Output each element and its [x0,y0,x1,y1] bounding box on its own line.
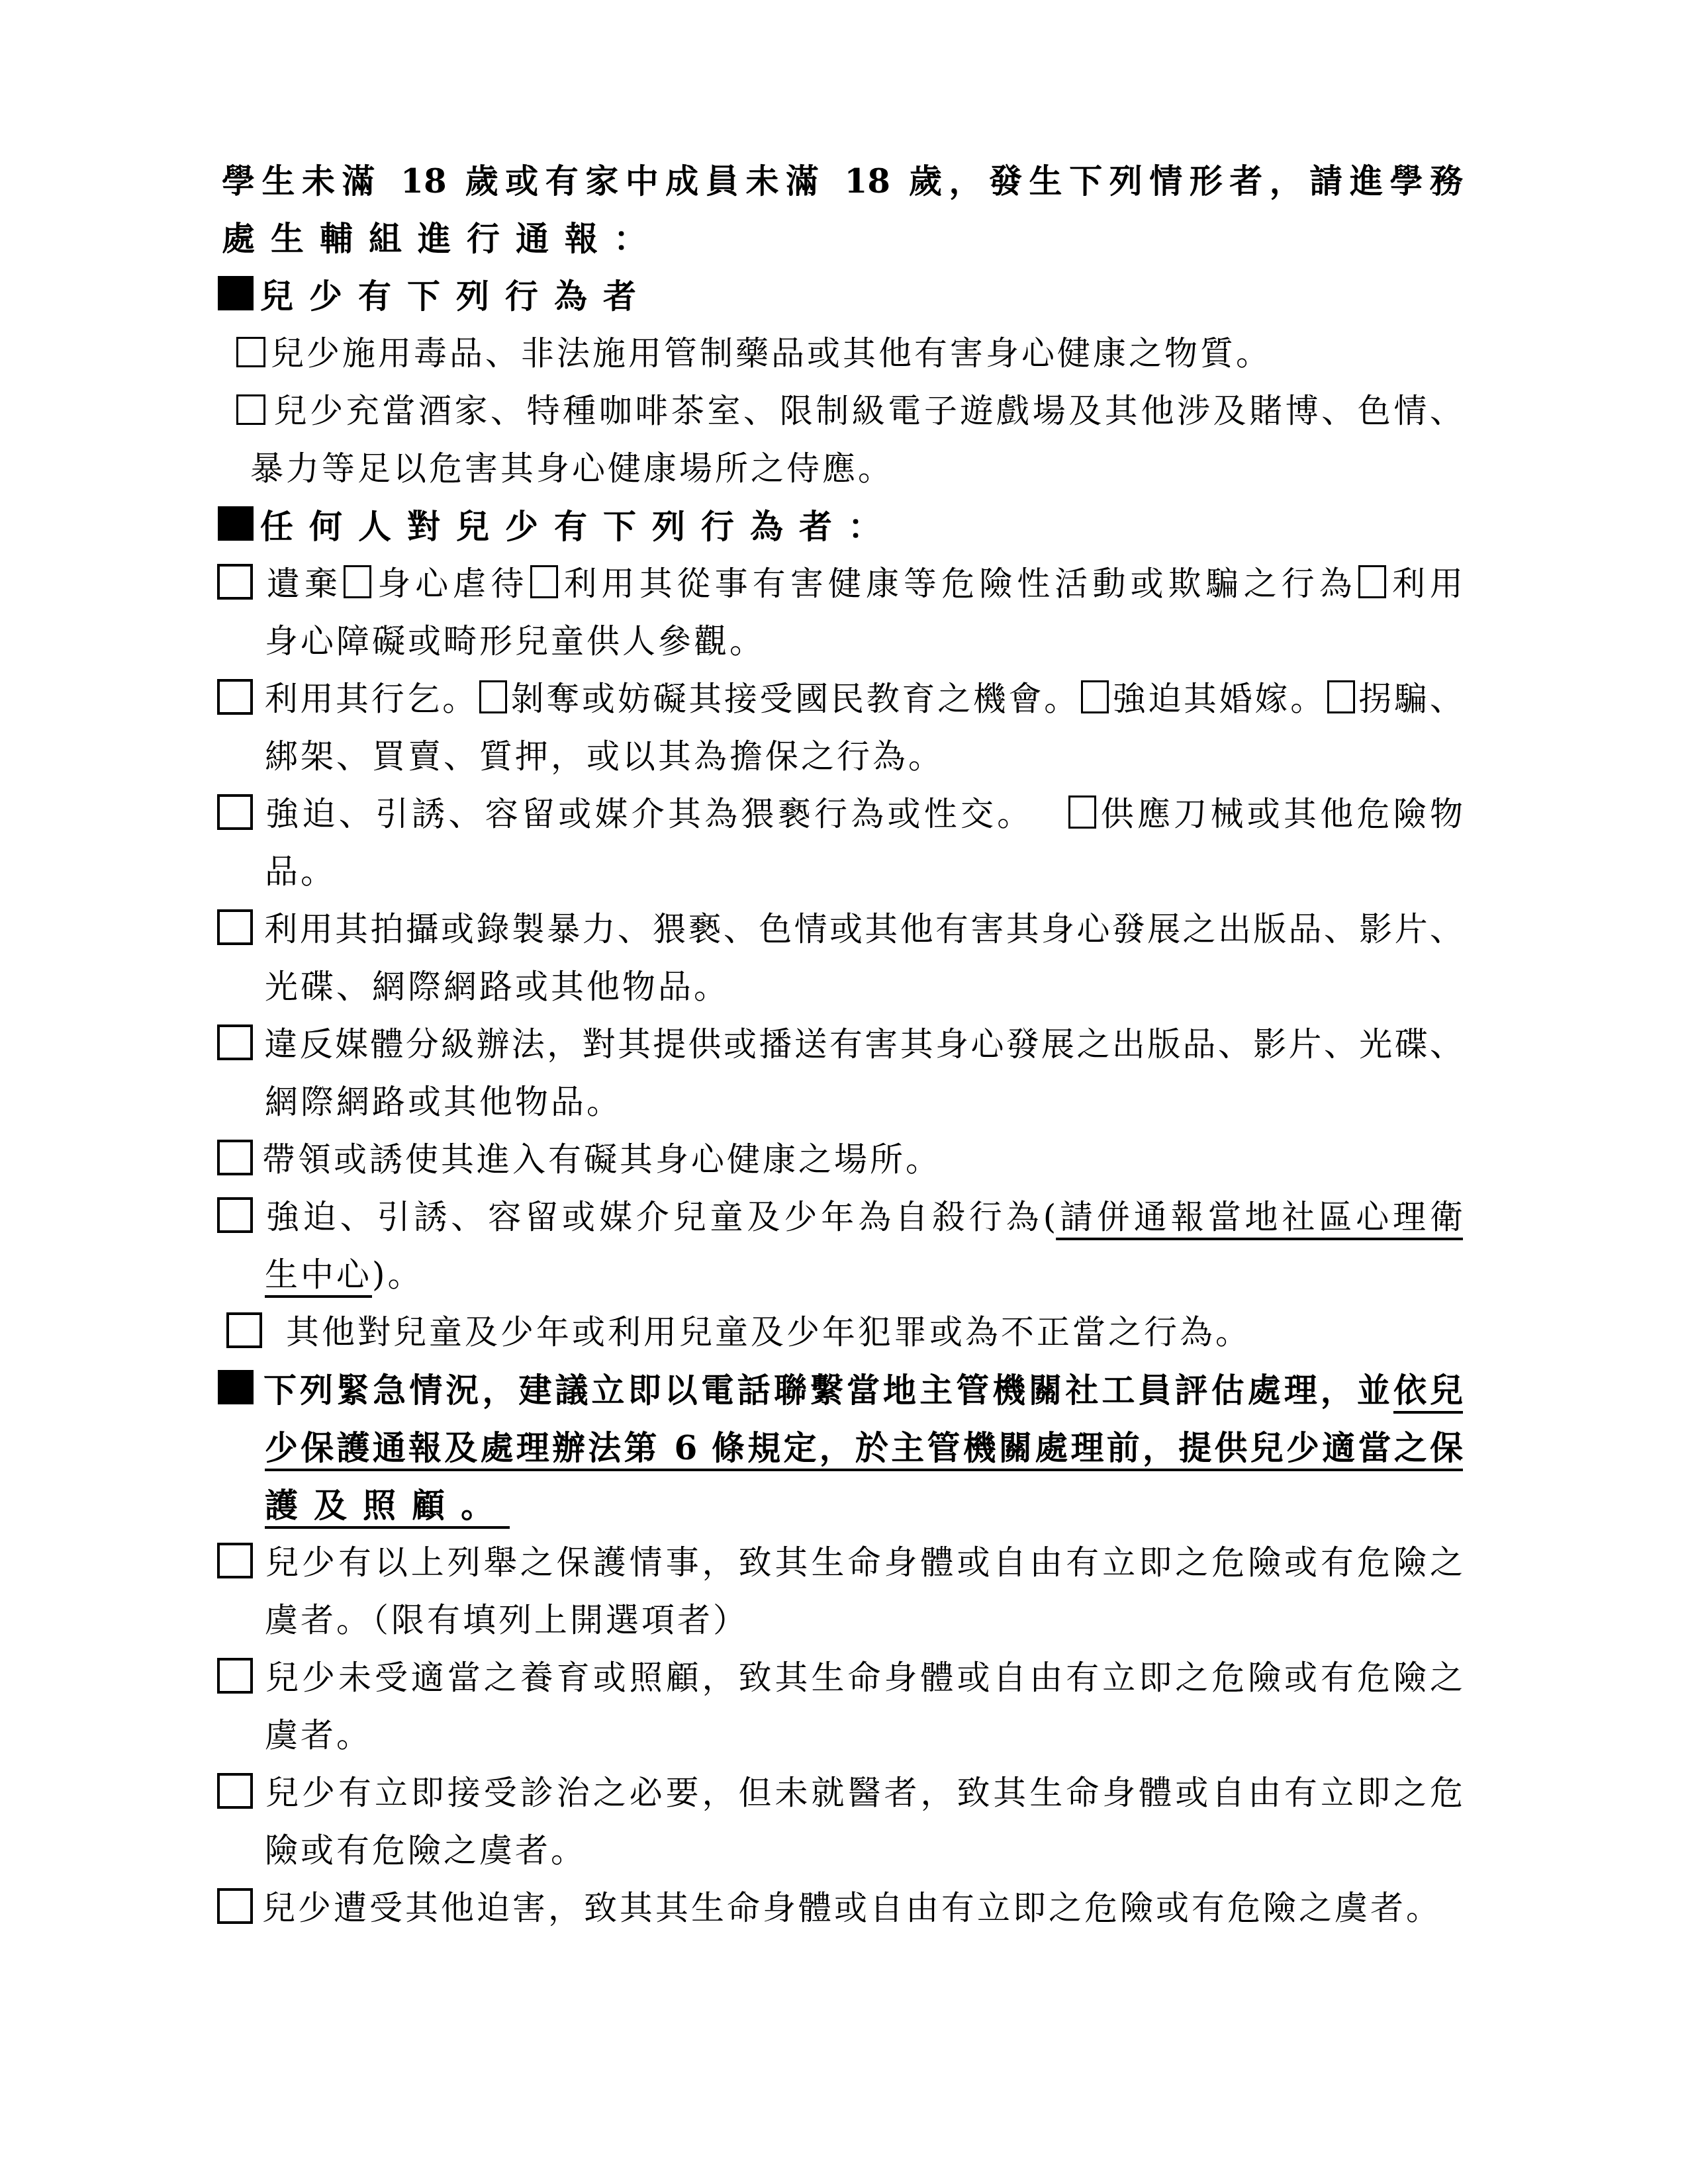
text-segment: 遺棄 [262,565,342,603]
checkbox[interactable] [217,1888,253,1924]
document-page: { "colors": { "text": "#000000", "backgr… [0,0,1688,2184]
item-continuation-line: 身心障礙或畸形兒童供人參觀。 [265,613,1463,670]
intro-line: 處生輔組進行通報： [222,210,1463,267]
text-segment: 兒少有立即接受診治之必要，但未就醫者，致其生命身體或自由有立即之危 [262,1774,1463,1812]
text-segment: 任何人對兒少有下列行為者： [260,507,897,546]
checklist-item-line: 強迫、引誘、容留或媒介其為猥褻行為或性交。供應刀械或其他危險物 [217,786,1463,843]
inline-checkbox[interactable] [1068,796,1096,829]
checkbox[interactable] [217,1024,253,1060]
item-continuation-line: 綁架、買賣、質押，或以其為擔保之行為。 [265,728,1463,786]
text-segment: 網際網路或其他物品。 [265,1083,622,1121]
document-content: 學生未滿 18 歲或有家中成員未滿 18 歲，發生下列情形者，請進學務處生輔組進… [0,152,1463,1937]
checklist-item-line: 兒少遭受其他迫害，致其其生命身體或自由有立即之危險或有危險之虞者。 [217,1880,1463,1937]
text-segment: 虞者。（限有填列上開選項者） [265,1601,749,1639]
section-header-continuation: 護及照顧。 [265,1477,1463,1534]
checkbox[interactable] [217,909,253,945]
checklist-item-line: 帶領或誘使其進入有礙其身心健康之場所。 [217,1131,1463,1189]
section-marker-square-icon [218,276,254,310]
section-header: 下列緊急情況，建議立即以電話聯繫當地主管機關社工員評估處理，並依兒 [218,1361,1463,1419]
checklist-item-line: 遺棄身心虐待利用其從事有害健康等危險性活動或欺騙之行為利用 [217,555,1463,613]
section-marker-square-icon [218,506,254,541]
text-segment: 身心障礙或畸形兒童供人參觀。 [265,622,765,660]
checklist-item-line: 其他對兒童及少年或利用兒童及少年犯罪或為不正當之行為。 [226,1304,1463,1361]
underlined-text-segment: 依兒 [1393,1371,1463,1410]
text-segment: 險或有危險之虞者。 [265,1831,586,1870]
checkbox[interactable] [217,1658,253,1694]
text-segment: 兒少未受適當之養育或照顧，致其生命身體或自由有立即之危險或有危險之 [262,1659,1463,1697]
checklist-item-line: 違反媒體分級辦法，對其提供或播送有害其身心發展之出版品、影片、光碟、 [217,1016,1463,1073]
item-continuation-line: 光碟、網際網路或其他物品。 [265,958,1463,1016]
checkbox[interactable] [226,1312,262,1348]
text-segment: 供應刀械或其他危險物 [1098,795,1464,833]
text-segment: 兒少充當酒家、特種咖啡茶室、限制級電子遊戲場及其他涉及賭博、色情、 [271,392,1463,430]
inline-checkbox[interactable] [1081,680,1109,713]
text-segment: 強迫其婚嫁。 [1110,680,1326,718]
text-segment: 其他對兒童及少年或利用兒童及少年犯罪或為不正當之行為。 [286,1313,1251,1351]
section-header: 任何人對兒少有下列行為者： [218,498,1463,555]
text-segment: 學生未滿 18 歲或有家中成員未滿 18 歲，發生下列情形者，請進學務 [222,161,1463,201]
checklist-item-line: 兒少有以上列舉之保護情事，致其生命身體或自由有立即之危險或有危險之 [217,1534,1463,1592]
item-continuation-line: 虞者。 [265,1707,1463,1764]
text-segment: 綁架、買賣、質押，或以其為擔保之行為。 [265,737,944,776]
checkbox[interactable] [217,564,253,600]
checklist-item-line: 利用其行乞。剝奪或妨礙其接受國民教育之機會。強迫其婚嫁。拐騙、 [217,670,1463,728]
text-segment: 拐騙、 [1356,680,1463,718]
checkbox[interactable] [217,1773,253,1809]
item-continuation-line: 生中心)。 [265,1246,1463,1304]
section-header: 兒少有下列行為者 [218,267,1463,325]
text-segment: 下列緊急情況，建議立即以電話聯繫當地主管機關社工員評估處理，並 [260,1371,1393,1410]
item-continuation-line: 品。 [265,843,1463,901]
text-segment: 兒少遭受其他迫害，致其其生命身體或自由有立即之危險或有危險之虞者。 [262,1889,1442,1927]
underlined-text-segment: 少保護通報及處理辦法第 6 條規定，於主管機關處理前，提供兒少適當之保 [265,1428,1463,1467]
text-segment: 身心虐待 [373,565,528,603]
checklist-item-line: 兒少未受適當之養育或照顧，致其生命身體或自由有立即之危險或有危險之 [217,1649,1463,1707]
text-segment: 兒少有下列行為者 [260,277,652,316]
text-segment: 強迫、引誘、容留或媒介其為猥褻行為或性交。 [262,795,1034,833]
text-segment: 違反媒體分級辦法，對其提供或播送有害其身心發展之出版品、影片、光碟、 [262,1025,1463,1064]
checkbox[interactable] [217,1197,253,1233]
item-continuation-line: 網際網路或其他物品。 [265,1073,1463,1131]
checkbox[interactable] [217,679,253,715]
text-segment: 虞者。 [265,1716,372,1754]
inline-checkbox[interactable] [344,565,371,598]
text-segment: 利用 [1387,565,1463,603]
item-continuation-line: 險或有危險之虞者。 [265,1822,1463,1880]
text-segment: 帶領或誘使其進入有礙其身心健康之場所。 [262,1140,941,1179]
underlined-text-segment: 生中心 [265,1255,372,1294]
inline-checkbox[interactable] [1358,565,1386,598]
checklist-item-line: 兒少有立即接受診治之必要，但未就醫者，致其生命身體或自由有立即之危 [217,1764,1463,1822]
text-segment: )。 [372,1255,424,1294]
checkbox[interactable] [217,1543,253,1578]
intro-line: 學生未滿 18 歲或有家中成員未滿 18 歲，發生下列情形者，請進學務 [222,152,1463,210]
checkbox[interactable] [236,394,265,425]
checklist-item-line: 兒少充當酒家、特種咖啡茶室、限制級電子遊戲場及其他涉及賭博、色情、 [236,383,1463,440]
text-segment: 處生輔組進行通報： [222,219,663,258]
text-segment: 兒少有以上列舉之保護情事，致其生命身體或自由有立即之危險或有危險之 [262,1543,1463,1582]
text-segment: 暴力等足以危害其身心健康場所之侍應。 [250,449,894,488]
inline-checkbox[interactable] [530,565,558,598]
text-segment: 利用其行乞。 [262,680,478,718]
checkbox[interactable] [236,337,265,367]
text-segment: 剝奪或妨礙其接受國民教育之機會。 [508,680,1080,718]
inline-checkbox[interactable] [1327,680,1355,713]
text-segment: 利用其拍攝或錄製暴力、猥褻、色情或其他有害其身心發展之出版品、影片、 [262,910,1463,948]
underlined-text-segment: 請併通報當地社區心理衛 [1056,1198,1463,1236]
checklist-item-line: 兒少施用毒品、非法施用管制藥品或其他有害身心健康之物質。 [236,325,1463,383]
section-header-continuation: 少保護通報及處理辦法第 6 條規定，於主管機關處理前，提供兒少適當之保 [265,1419,1463,1477]
checkbox[interactable] [217,1140,253,1175]
inline-checkbox[interactable] [479,680,507,713]
checkbox[interactable] [217,794,253,830]
text-segment: 品。 [265,852,336,891]
text-segment: 強迫、引誘、容留或媒介兒童及少年為自殺行為( [262,1198,1056,1236]
text-segment: 光碟、網際網路或其他物品。 [265,968,729,1006]
checklist-item-line: 利用其拍攝或錄製暴力、猥褻、色情或其他有害其身心發展之出版品、影片、 [217,901,1463,958]
item-continuation-line: 虞者。（限有填列上開選項者） [265,1592,1463,1649]
checklist-item-line: 強迫、引誘、容留或媒介兒童及少年為自殺行為(請併通報當地社區心理衛 [217,1189,1463,1246]
section-marker-square-icon [218,1370,254,1404]
text-segment: 兒少施用毒品、非法施用管制藥品或其他有害身心健康之物質。 [271,334,1272,373]
text-segment: 利用其從事有害健康等危險性活動或欺騙之行為 [559,565,1357,603]
item-continuation-line: 暴力等足以危害其身心健康場所之侍應。 [250,440,1463,498]
underlined-text-segment: 護及照顧。 [265,1486,510,1525]
